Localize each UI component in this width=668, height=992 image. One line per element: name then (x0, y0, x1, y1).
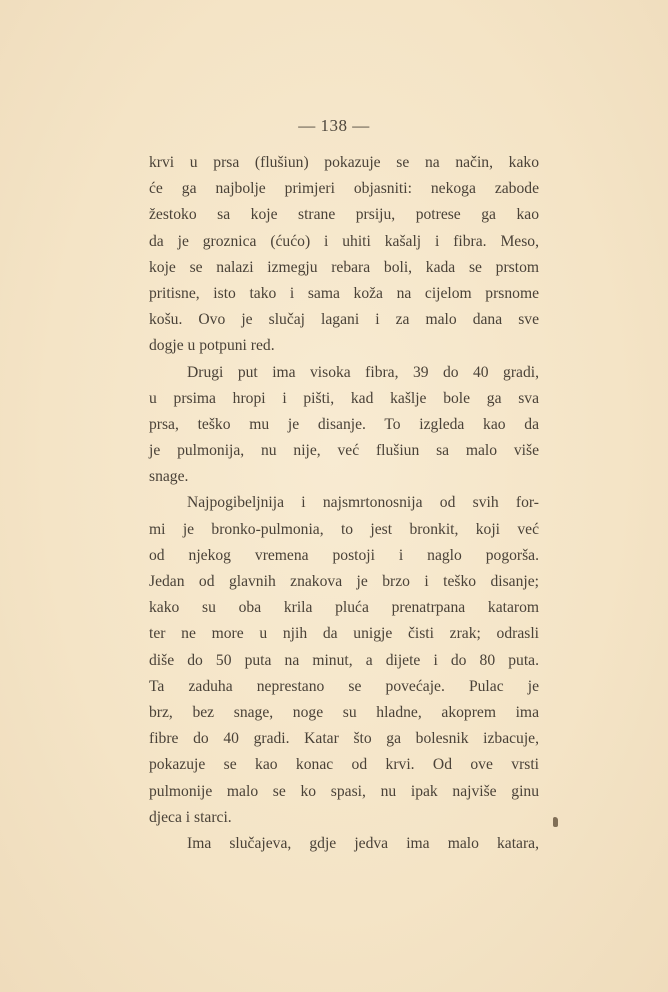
text-line: Ta zaduha neprestano se povećaje. Pulac … (149, 674, 539, 700)
page-number: — 138 — (0, 116, 668, 136)
text-line: košu. Ovo je slučaj lagani i za malo dan… (149, 307, 539, 333)
text-line: će ga najbolje primjeri objasniti: nekog… (149, 176, 539, 202)
text-line: pritisne, isto tako i sama koža na cijel… (149, 281, 539, 307)
text-line: pokazuje se kao konac od krvi. Od ove vr… (149, 752, 539, 778)
text-line: od njekog vremena postoji i naglo pogorš… (149, 543, 539, 569)
text-line: diše do 50 puta na minut, a dijete i do … (149, 648, 539, 674)
text-line: kako su oba krila pluća prenatrpana kata… (149, 595, 539, 621)
text-line: Jedan od glavnih znakova je brzo i teško… (149, 569, 539, 595)
text-line: je pulmonija, nu nije, već flušiun sa ma… (149, 438, 539, 464)
text-line: u prsima hropi i pišti, kad kašlje bole … (149, 386, 539, 412)
text-line: Ima slučajeva, gdje jedva ima malo katar… (149, 831, 539, 857)
text-line: Drugi put ima visoka fibra, 39 do 40 gra… (149, 360, 539, 386)
text-line: mi je bronko-pulmonia, to jest bronkit, … (149, 517, 539, 543)
text-line: dogje u potpuni red. (149, 333, 539, 359)
text-line: brz, bez snage, noge su hladne, akoprem … (149, 700, 539, 726)
text-line: ter ne more u njih da unigje čisti zrak;… (149, 621, 539, 647)
text-line: fibre do 40 gradi. Katar što ga bolesnik… (149, 726, 539, 752)
text-line: Najpogibeljnija i najsmrtonosnija od svi… (149, 490, 539, 516)
text-line: da je groznica (ćućo) i uhiti kašalj i f… (149, 229, 539, 255)
ink-speck-mark (553, 817, 558, 827)
body-text: krvi u prsa (flušiun) pokazuje se na nač… (149, 150, 539, 857)
text-line: žestoko sa koje strane prsiju, potrese g… (149, 202, 539, 228)
text-line: koje se nalazi izmegju rebara boli, kada… (149, 255, 539, 281)
text-line: snage. (149, 464, 539, 490)
text-line: prsa, teško mu je disanje. To izgleda ka… (149, 412, 539, 438)
scanned-book-page: — 138 — krvi u prsa (flušiun) pokazuje s… (0, 0, 668, 992)
text-line: pulmonije malo se ko spasi, nu ipak najv… (149, 779, 539, 805)
text-line: krvi u prsa (flušiun) pokazuje se na nač… (149, 150, 539, 176)
text-line: djeca i starci. (149, 805, 539, 831)
